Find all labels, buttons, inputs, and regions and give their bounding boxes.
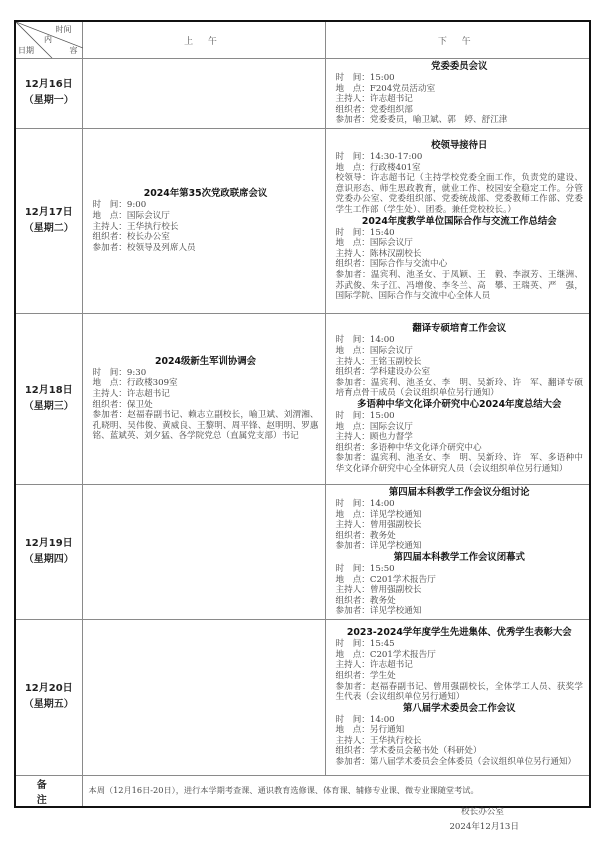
meeting-detail-line: 地 点：详见学校通知: [336, 510, 584, 521]
meeting-detail-line: 时 间：15:00: [336, 73, 584, 84]
meeting-detail-line: 参加者：温宾利、池圣女、于凤颖、王 毅、李淑芳、王继洲、苏武俊、朱子江、冯增俊、…: [336, 270, 584, 302]
header-row: 时间 内 日期 容 上 午 下 午: [15, 21, 590, 59]
corner-label-content-1: 内: [44, 34, 52, 45]
notes-label: 备 注: [15, 775, 82, 807]
weekday-label: （星期一）: [16, 93, 82, 109]
date-cell: 12月19日（星期四）: [15, 484, 82, 619]
day-row: 12月19日（星期四）第四届本科教学工作会议分组讨论时 间：14:00地 点：详…: [15, 484, 590, 619]
weekday-label: （星期三）: [16, 399, 82, 415]
meeting-entry: 2024级新生军训协调会时 间：9:30地 点：行政楼309室主持人：许志超书记…: [93, 356, 319, 442]
meeting-entry: 多语种中华文化译介研究中心2024年度总结大会时 间：15:00地 点：国际会议…: [336, 399, 584, 475]
meeting-title: 翻译专硕培育工作会议: [336, 323, 584, 335]
meeting-detail-line: 地 点：国际会议厅: [93, 211, 319, 222]
date-cell: 12月20日（星期五）: [15, 619, 82, 775]
meeting-detail-line: 校领导：许志超书记（主持学校党委全面工作，负责党的建设、意识形态、师生思政教育，…: [336, 173, 584, 215]
weekday-label: （星期五）: [16, 697, 82, 713]
meeting-detail-line: 时 间：14:00: [336, 499, 584, 510]
meeting-detail-line: 地 点：C201学术报告厅: [336, 575, 584, 586]
notes-row: 备 注 本周（12月16日-20日），进行本学期考查课、通识教育选修课、体育课、…: [15, 775, 590, 807]
meeting-title: 2024级新生军训协调会: [93, 356, 319, 368]
meeting-detail-line: 组织者：党委组织部: [336, 105, 584, 116]
meeting-detail-line: 主持人：许志超书记: [336, 94, 584, 105]
meeting-detail-line: 组织者：教务处: [336, 531, 584, 542]
meeting-detail-line: 参加者：详见学校通知: [336, 541, 584, 552]
meeting-detail-line: 参加者：校领导及列席人员: [93, 243, 319, 254]
date-cell: 12月16日（星期一）: [15, 59, 82, 129]
meeting-detail-line: 组织者：教务处: [336, 596, 584, 607]
meeting-detail-line: 组织者：学术委员会秘书处（科研处）: [336, 746, 584, 757]
meeting-detail-line: 地 点：行政楼401室: [336, 163, 584, 174]
meeting-title: 2023-2024学年度学生先进集体、优秀学生表彰大会: [336, 627, 584, 639]
meeting-title: 第八届学术委员会工作会议: [336, 703, 584, 715]
meeting-detail-line: 主持人：许志超书记: [336, 660, 584, 671]
meeting-title: 多语种中华文化译介研究中心2024年度总结大会: [336, 399, 584, 411]
meeting-detail-line: 主持人：曾用强副校长: [336, 520, 584, 531]
meeting-detail-line: 时 间：14:00: [336, 715, 584, 726]
day-row: 12月20日（星期五）2023-2024学年度学生先进集体、优秀学生表彰大会时 …: [15, 619, 590, 775]
corner-label-time: 时间: [56, 24, 72, 35]
meeting-detail-line: 参加者：第八届学术委员会全体委员（会议组织单位另行通知）: [336, 757, 584, 768]
meeting-detail-line: 地 点：国际会议厅: [336, 422, 584, 433]
meeting-entry: 第八届学术委员会工作会议时 间：14:00地 点：另行通知主持人：王华执行校长组…: [336, 703, 584, 768]
meeting-entry: 2023-2024学年度学生先进集体、优秀学生表彰大会时 间：15:45地 点：…: [336, 627, 584, 703]
meeting-entry: 2024年第35次党政联席会议时 间：9:00地 点：国际会议厅主持人：王华执行…: [93, 188, 319, 253]
am-cell: [82, 484, 325, 619]
meeting-entry: 党委委员会议时 间：15:00地 点：F204党员活动室主持人：许志超书记组织者…: [336, 61, 584, 126]
meeting-detail-line: 地 点：F204党员活动室: [336, 84, 584, 95]
meeting-detail-line: 时 间：14:00: [336, 335, 584, 346]
meeting-entry: 第四届本科教学工作会议闭幕式时 间：15:50地 点：C201学术报告厅主持人：…: [336, 552, 584, 617]
date-label: 12月19日: [16, 536, 82, 552]
am-cell: [82, 59, 325, 129]
meeting-detail-line: 组织者：学科建设办公室: [336, 367, 584, 378]
meeting-detail-line: 参加者：赵福春副书记、赖志立副校长，喻卫斌、刘渭湘、孔晓明、吴伟俊、黄威良、王黎…: [93, 410, 319, 442]
weekday-label: （星期四）: [16, 552, 82, 568]
meeting-title: 2024年度教学单位国际合作与交流工作总结会: [336, 216, 584, 228]
pm-cell: 第四届本科教学工作会议分组讨论时 间：14:00地 点：详见学校通知主持人：曾用…: [325, 484, 590, 619]
am-cell: 2024级新生军训协调会时 间：9:30地 点：行政楼309室主持人：许志超书记…: [82, 313, 325, 484]
meeting-title: 第四届本科教学工作会议分组讨论: [336, 487, 584, 499]
meeting-detail-line: 主持人：王华执行校长: [93, 222, 319, 233]
meeting-detail-line: 时 间：9:00: [93, 200, 319, 211]
date-cell: 12月17日（星期二）: [15, 128, 82, 313]
meeting-detail-line: 地 点：国际会议厅: [336, 238, 584, 249]
meeting-detail-line: 参加者：详见学校通知: [336, 606, 584, 617]
footer-office: 校长办公室: [461, 805, 504, 817]
day-row: 12月18日（星期三）2024级新生军训协调会时 间：9:30地 点：行政楼30…: [15, 313, 590, 484]
meeting-detail-line: 时 间：15:00: [336, 411, 584, 422]
pm-cell: 校领导接待日时 间：14:30-17:00地 点：行政楼401室校领导：许志超书…: [325, 128, 590, 313]
corner-label-content-2: 容: [70, 45, 78, 56]
meeting-entry: 校领导接待日时 间：14:30-17:00地 点：行政楼401室校领导：许志超书…: [336, 140, 584, 216]
am-cell: 2024年第35次党政联席会议时 间：9:00地 点：国际会议厅主持人：王华执行…: [82, 128, 325, 313]
meeting-detail-line: 组织者：国际合作与交流中心: [336, 259, 584, 270]
meeting-detail-line: 组织者：学生处: [336, 671, 584, 682]
meeting-detail-line: 时 间：9:30: [93, 368, 319, 379]
meeting-detail-line: 主持人：曾用强副校长: [336, 585, 584, 596]
meeting-detail-line: 主持人：顾也力督学: [336, 432, 584, 443]
pm-column-header: 下 午: [325, 21, 590, 59]
meeting-detail-line: 组织者：校长办公室: [93, 232, 319, 243]
meeting-detail-line: 时 间：15:40: [336, 228, 584, 239]
meeting-detail-line: 地 点：C201学术报告厅: [336, 650, 584, 661]
meeting-detail-line: 时 间：15:50: [336, 564, 584, 575]
meeting-entry: 翻译专硕培育工作会议时 间：14:00地 点：国际会议厅主持人：王铭玉副校长组织…: [336, 323, 584, 399]
corner-label-date: 日期: [18, 45, 34, 56]
am-column-header: 上 午: [82, 21, 325, 59]
day-row: 12月17日（星期二）2024年第35次党政联席会议时 间：9:00地 点：国际…: [15, 128, 590, 313]
meeting-title: 党委委员会议: [336, 61, 584, 73]
pm-cell: 党委委员会议时 间：15:00地 点：F204党员活动室主持人：许志超书记组织者…: [325, 59, 590, 129]
notes-text: 本周（12月16日-20日），进行本学期考查课、通识教育选修课、体育课、辅修专业…: [82, 775, 590, 807]
meeting-title: 2024年第35次党政联席会议: [93, 188, 319, 200]
date-label: 12月17日: [16, 205, 82, 221]
meeting-detail-line: 主持人：许志超书记: [93, 389, 319, 400]
date-label: 12月16日: [16, 77, 82, 93]
meeting-detail-line: 参加者：温宾利、池圣女、李 明、吴新玲、许 军、多语种中华文化译介研究中心全体研…: [336, 453, 584, 474]
corner-header-cell: 时间 内 日期 容: [15, 21, 82, 59]
meeting-detail-line: 参加者：温宾利、池圣女、李 明、吴新玲、许 军、翻译专硕培育点骨干成员（会议组织…: [336, 378, 584, 399]
am-cell: [82, 619, 325, 775]
date-label: 12月18日: [16, 383, 82, 399]
meeting-detail-line: 主持人：王华执行校长: [336, 736, 584, 747]
date-cell: 12月18日（星期三）: [15, 313, 82, 484]
meeting-detail-line: 地 点：行政楼309室: [93, 378, 319, 389]
pm-cell: 翻译专硕培育工作会议时 间：14:00地 点：国际会议厅主持人：王铭玉副校长组织…: [325, 313, 590, 484]
pm-cell: 2023-2024学年度学生先进集体、优秀学生表彰大会时 间：15:45地 点：…: [325, 619, 590, 775]
weekday-label: （星期二）: [16, 221, 82, 237]
day-row: 12月16日（星期一）党委委员会议时 间：15:00地 点：F204党员活动室主…: [15, 59, 590, 129]
footer-date: 2024年12月13日: [449, 820, 519, 832]
meeting-entry: 第四届本科教学工作会议分组讨论时 间：14:00地 点：详见学校通知主持人：曾用…: [336, 487, 584, 552]
meeting-detail-line: 时 间：15:45: [336, 639, 584, 650]
meeting-detail-line: 地 点：国际会议厅: [336, 346, 584, 357]
meeting-detail-line: 时 间：14:30-17:00: [336, 152, 584, 163]
date-label: 12月20日: [16, 681, 82, 697]
meeting-title: 第四届本科教学工作会议闭幕式: [336, 552, 584, 564]
meeting-title: 校领导接待日: [336, 140, 584, 152]
meeting-detail-line: 组织者：多语种中华文化译介研究中心: [336, 443, 584, 454]
meeting-detail-line: 参加者：赵福春副书记、曾用强副校长，全体学工人员、获奖学生代表（会议组织单位另行…: [336, 682, 584, 703]
weekly-schedule-table: 时间 内 日期 容 上 午 下 午 12月16日（星期一）党委委员会议时 间：1…: [14, 20, 591, 808]
meeting-entry: 2024年度教学单位国际合作与交流工作总结会时 间：15:40地 点：国际会议厅…: [336, 216, 584, 302]
meeting-detail-line: 主持人：陈林汉副校长: [336, 249, 584, 260]
meeting-detail-line: 主持人：王铭玉副校长: [336, 357, 584, 368]
meeting-detail-line: 参加者：党委委员，喻卫斌、郭 婷、舒江津: [336, 115, 584, 126]
meeting-detail-line: 组织者：保卫处: [93, 400, 319, 411]
meeting-detail-line: 地 点：另行通知: [336, 725, 584, 736]
